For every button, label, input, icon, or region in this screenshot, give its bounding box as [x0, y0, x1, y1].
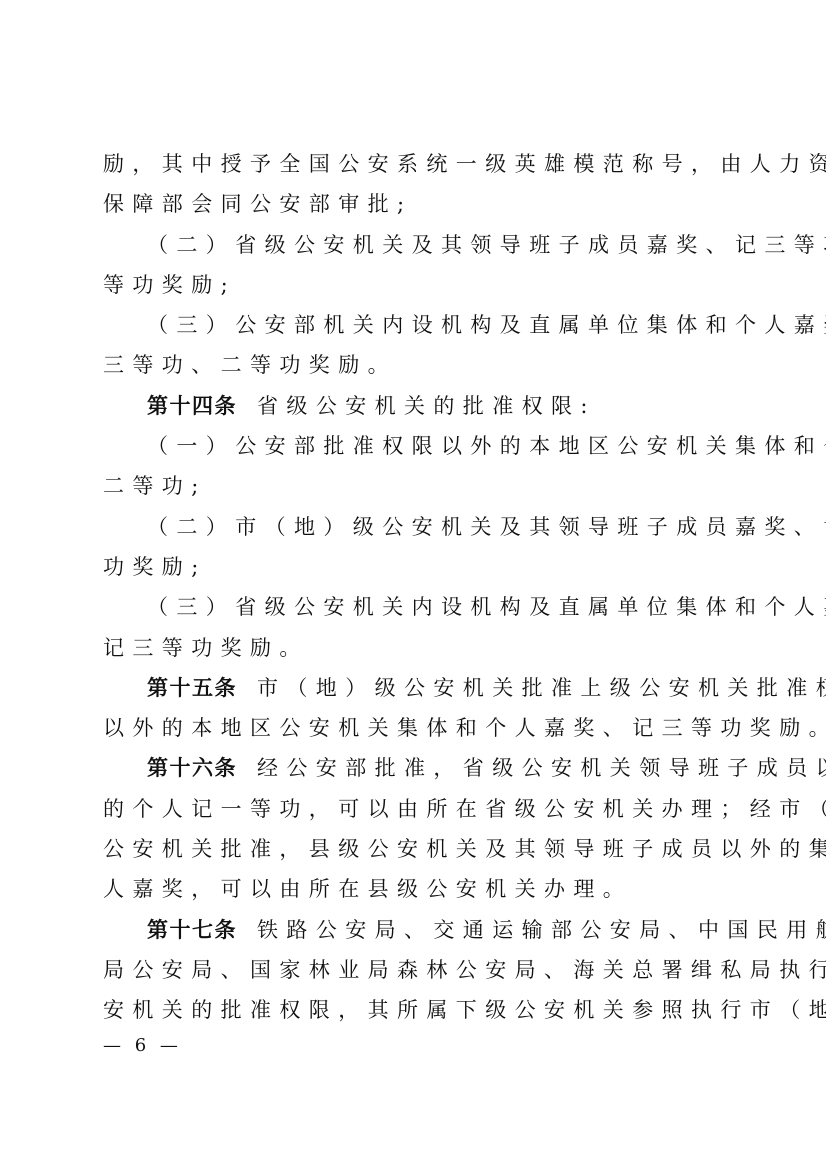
line-text: 三等功、二等功奖励。 [103, 353, 397, 377]
line-text: 记三等功奖励。 [103, 636, 309, 660]
text-line: 安机关的批准权限，其所属下级公安机关参照执行市（地）级以 [103, 990, 723, 1030]
line-text: 铁路公安局、交通运输部公安局、中国民用航空 [257, 918, 826, 942]
article-16-heading: 第十六条经公安部批准，省级公安机关领导班子成员以外 [103, 748, 723, 788]
line-text: 安机关的批准权限，其所属下级公安机关参照执行市（地）级以 [103, 998, 826, 1022]
text-line: 的个人记一等功，可以由所在省级公安机关办理；经市（地）级 [103, 789, 723, 829]
article-14-heading: 第十四条省级公安机关的批准权限: [103, 386, 723, 426]
article-number: 第十六条 [147, 756, 237, 780]
line-text: （三）公安部机关内设机构及直属单位集体和个人嘉奖、记 [147, 313, 826, 337]
line-text: 的个人记一等功，可以由所在省级公安机关办理；经市（地）级 [103, 797, 826, 821]
text-line: （一）公安部批准权限以外的本地区公安机关集体和个人记 [103, 426, 723, 466]
text-line: （二）市（地）级公安机关及其领导班子成员嘉奖、记三等 [103, 507, 723, 547]
text-line: 励，其中授予全国公安系统一级英雄模范称号，由人力资源社会 [103, 144, 723, 184]
article-15-heading: 第十五条市（地）级公安机关批准上级公安机关批准权限 [103, 668, 723, 708]
article-17-heading: 第十七条铁路公安局、交通运输部公安局、中国民用航空 [103, 910, 723, 950]
line-text: （二）省级公安机关及其领导班子成员嘉奖、记三等功、二 [147, 233, 826, 257]
line-text: 局公安局、国家林业局森林公安局、海关总署缉私局执行省级公 [103, 958, 826, 982]
line-text: 励，其中授予全国公安系统一级英雄模范称号，由人力资源社会 [103, 152, 826, 176]
line-text: （二）市（地）级公安机关及其领导班子成员嘉奖、记三等 [147, 515, 826, 539]
text-line: （三）省级公安机关内设机构及直属单位集体和个人嘉奖、 [103, 587, 723, 627]
text-line: 二等功; [103, 466, 723, 506]
line-text: 人嘉奖，可以由所在县级公安机关办理。 [103, 877, 632, 901]
line-text: 等功奖励; [103, 273, 236, 297]
article-number: 第十七条 [147, 918, 237, 942]
line-text: （三）省级公安机关内设机构及直属单位集体和个人嘉奖、 [147, 595, 826, 619]
line-text: 市（地）级公安机关批准上级公安机关批准权限 [257, 676, 826, 700]
document-page: 励，其中授予全国公安系统一级英雄模范称号，由人力资源社会 保障部会同公安部审批;… [103, 144, 723, 1031]
line-text: 经公安部批准，省级公安机关领导班子成员以外 [257, 756, 826, 780]
text-line: 记三等功奖励。 [103, 628, 723, 668]
line-text: 保障部会同公安部审批; [103, 192, 412, 216]
line-text: 以外的本地区公安机关集体和个人嘉奖、记三等功奖励。 [103, 716, 826, 740]
text-line: 公安机关批准，县级公安机关及其领导班子成员以外的集体和个 [103, 829, 723, 869]
page-number: — 6 — [103, 1035, 182, 1056]
text-line: 人嘉奖，可以由所在县级公安机关办理。 [103, 869, 723, 909]
text-line: 等功奖励; [103, 265, 723, 305]
text-line: 功奖励; [103, 547, 723, 587]
text-line: 局公安局、国家林业局森林公安局、海关总署缉私局执行省级公 [103, 950, 723, 990]
text-line: 保障部会同公安部审批; [103, 184, 723, 224]
text-line: （二）省级公安机关及其领导班子成员嘉奖、记三等功、二 [103, 225, 723, 265]
line-text: 公安机关批准，县级公安机关及其领导班子成员以外的集体和个 [103, 837, 826, 861]
article-number: 第十四条 [147, 394, 237, 418]
text-line: 三等功、二等功奖励。 [103, 345, 723, 385]
line-text: （一）公安部批准权限以外的本地区公安机关集体和个人记 [147, 434, 826, 458]
text-line: （三）公安部机关内设机构及直属单位集体和个人嘉奖、记 [103, 305, 723, 345]
text-line: 以外的本地区公安机关集体和个人嘉奖、记三等功奖励。 [103, 708, 723, 748]
line-text: 二等功; [103, 474, 207, 498]
article-number: 第十五条 [147, 676, 237, 700]
line-text: 省级公安机关的批准权限: [257, 394, 596, 418]
line-text: 功奖励; [103, 555, 207, 579]
